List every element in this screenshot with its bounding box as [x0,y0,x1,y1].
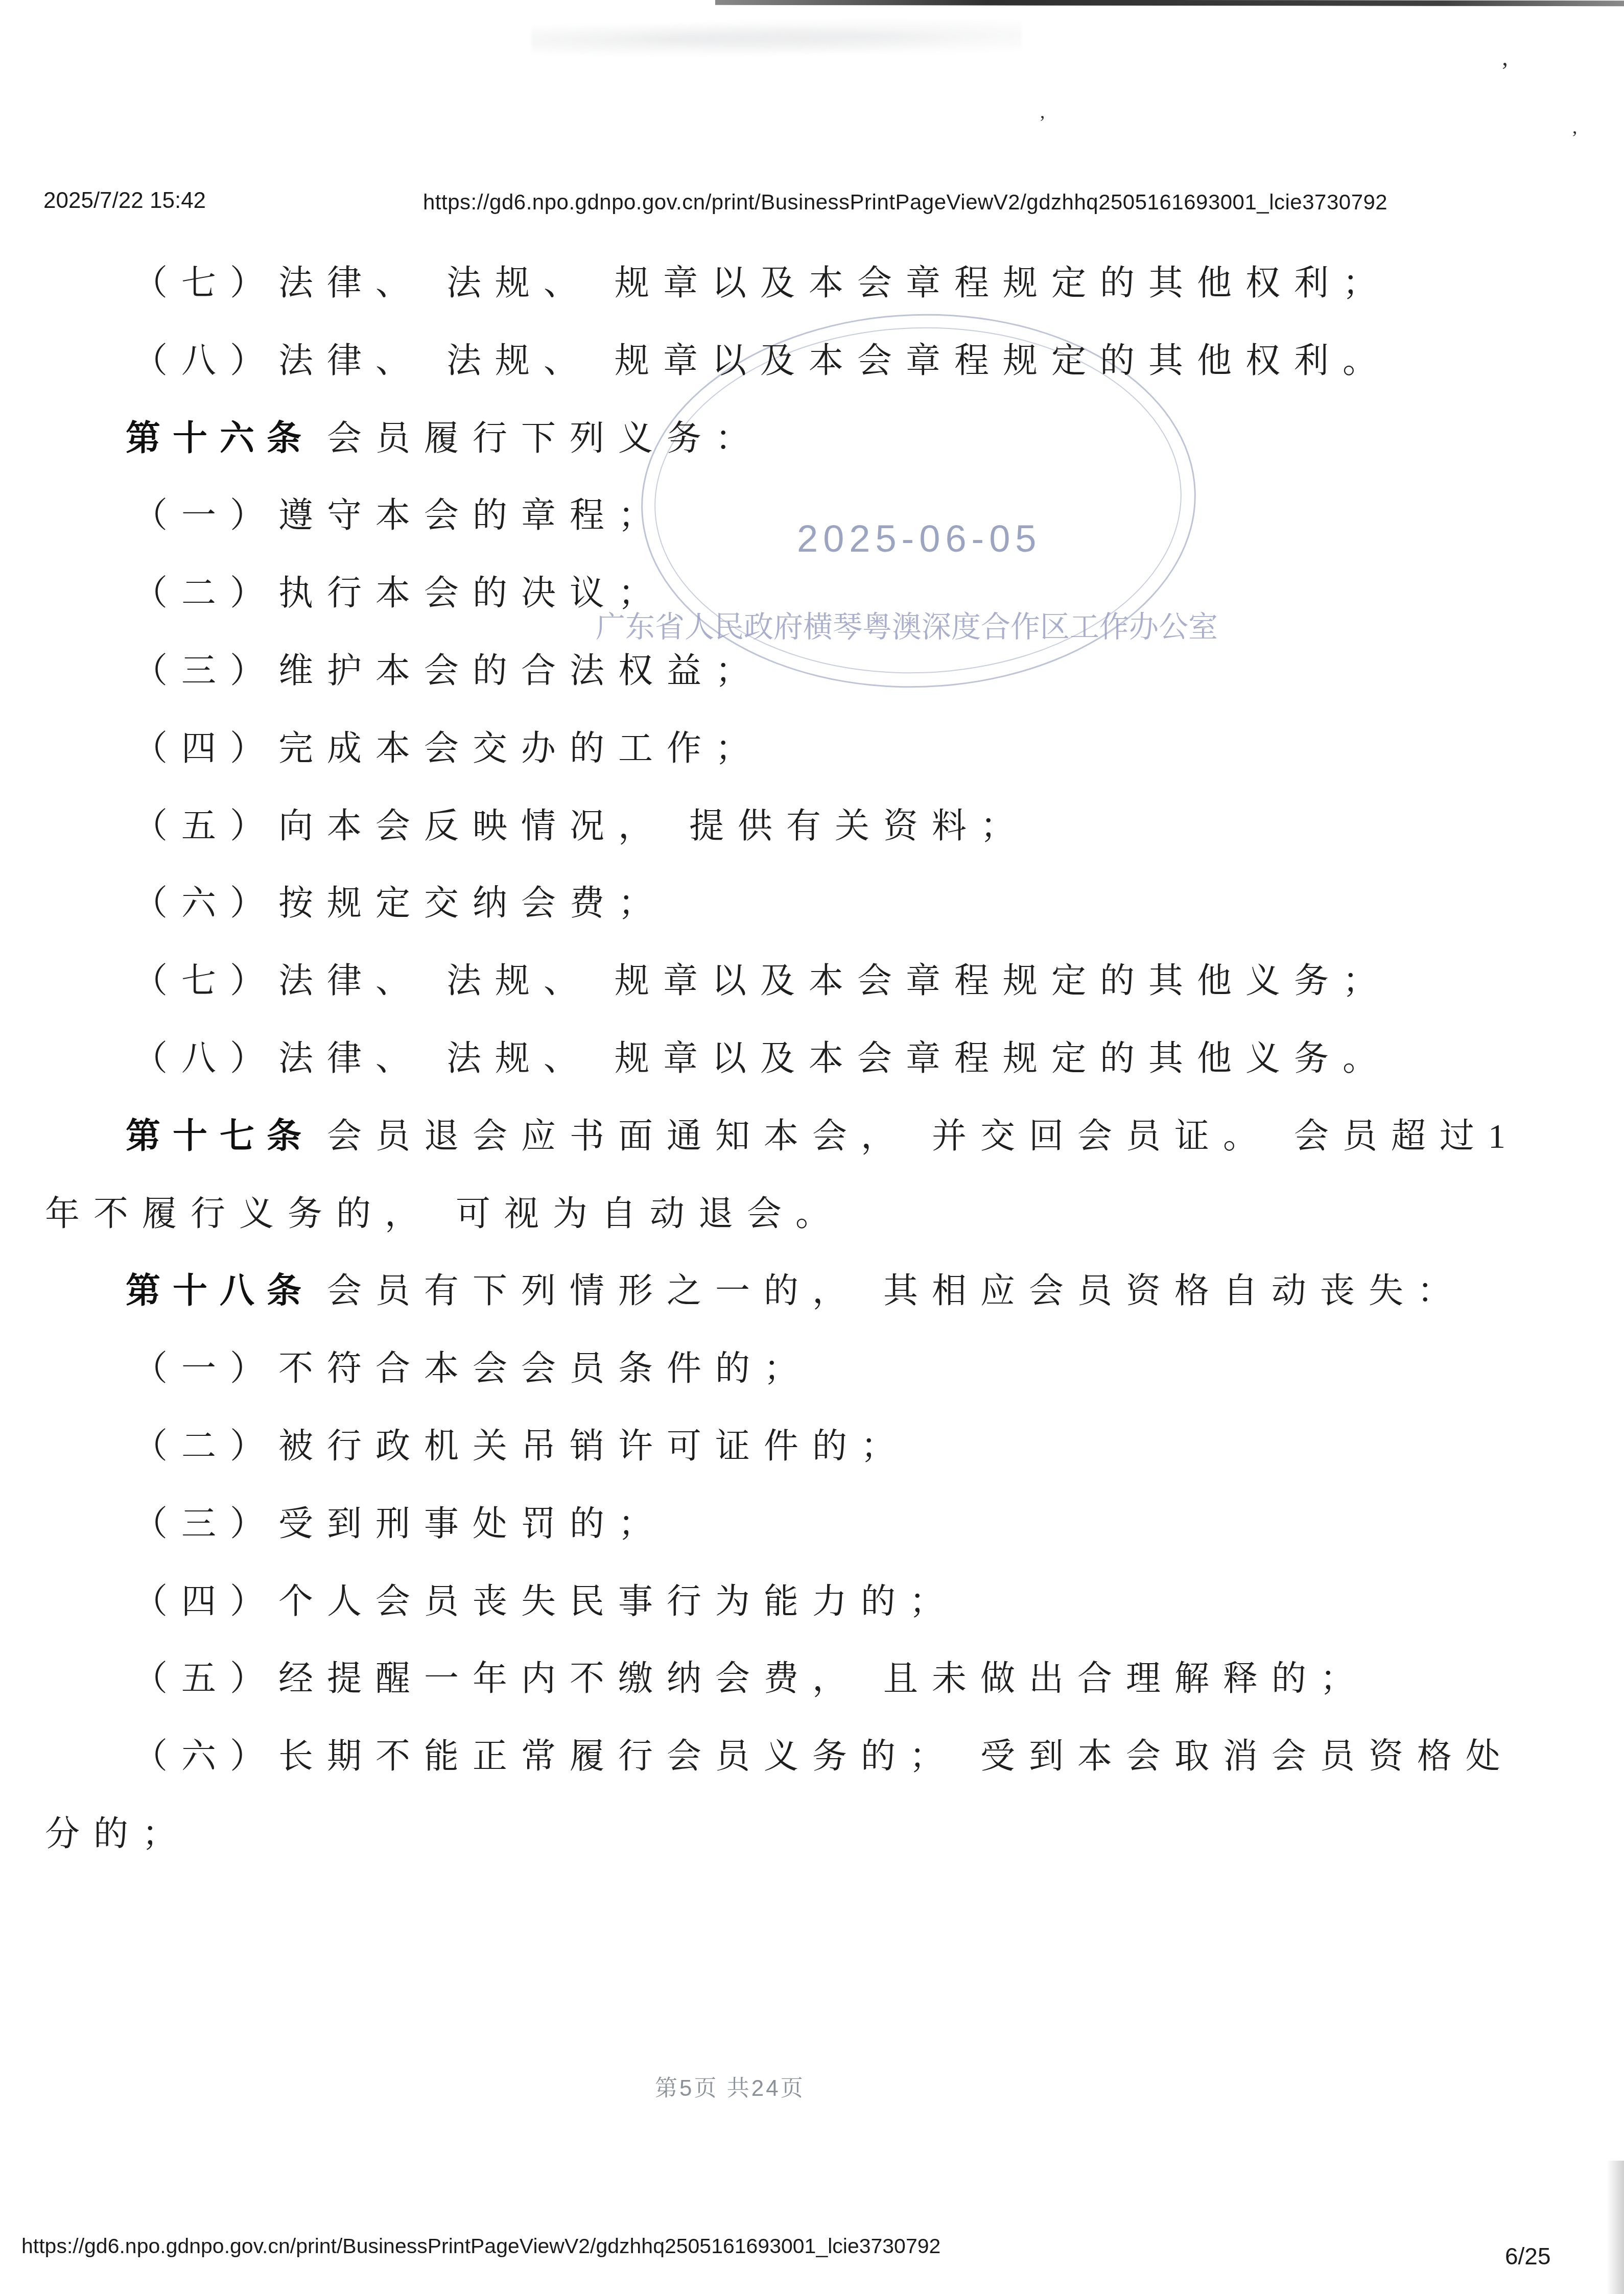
body-text-line: 年不履行义务的， 可视为自动退会。 [45,1186,844,1236]
line-text: （一）不符合本会会员条件的； [133,1349,812,1388]
body-text-line: （四）个人会员丧失民事行为能力的； [133,1574,958,1623]
body-text-line: （三）维护本会的合法权益； [133,643,764,693]
body-text-line: （一）遵守本会的章程； [133,488,667,537]
line-text: （六）长期不能正常履行会员义务的； 受到本会取消会员资格处 [133,1737,1514,1776]
line-text: （二）执行本会的决议； [133,574,667,612]
body-text-line: （二）执行本会的决议； [133,565,667,615]
line-text: （四）个人会员丧失民事行为能力的； [133,1582,958,1621]
body-text-line: （六）按规定交纳会费； [133,876,667,925]
document-body: （七）法律、 法规、 规章以及本会章程规定的其他权利；（八）法律、 法规、 规章… [0,0,1624,2294]
scanned-document-page: ’ ’ ’ 2025/7/22 15:42 https://gd6.npo.gd… [0,0,1624,2294]
article-number: 第十七条 [126,1117,314,1155]
body-text-line: （八）法律、 法规、 规章以及本会章程规定的其他义务。 [133,1031,1391,1080]
line-text: 分的； [45,1814,191,1853]
body-text-line: （八）法律、 法规、 规章以及本会章程规定的其他权利。 [133,333,1391,383]
line-text: （四）完成本会交办的工作； [133,729,764,768]
article-heading-line: 第十七条会员退会应书面通知本会， 并交回会员证。 会员超过1 [126,1108,1519,1158]
body-text-line: （五）向本会反映情况， 提供有关资料； [133,798,1029,848]
line-text: （八）法律、 法规、 规章以及本会章程规定的其他权利。 [133,341,1391,380]
article-heading-line: 第十八条会员有下列情形之一的， 其相应会员资格自动丧失： [126,1263,1466,1313]
line-text: （一）遵守本会的章程； [133,496,667,535]
line-text: （五）向本会反映情况， 提供有关资料； [133,807,1029,845]
line-text: 会员退会应书面通知本会， 并交回会员证。 会员超过1 [327,1117,1519,1155]
line-text: 会员有下列情形之一的， 其相应会员资格自动丧失： [327,1271,1466,1310]
line-text: （七）法律、 法规、 规章以及本会章程规定的其他权利； [133,264,1391,302]
line-text: （六）按规定交纳会费； [133,884,667,923]
line-text: （三）受到刑事处罚的； [133,1504,667,1543]
body-text-line: （六）长期不能正常履行会员义务的； 受到本会取消会员资格处 [133,1729,1514,1778]
line-text: （三）维护本会的合法权益； [133,651,764,690]
line-text: （七）法律、 法规、 规章以及本会章程规定的其他义务； [133,961,1391,1000]
body-text-line: 分的； [45,1806,191,1856]
article-number: 第十八条 [126,1271,314,1310]
body-text-line: （七）法律、 法规、 规章以及本会章程规定的其他权利； [133,255,1391,305]
article-heading-line: 第十六条会员履行下列义务： [126,411,764,460]
body-text-line: （二）被行政机关吊销许可证件的； [133,1418,909,1468]
article-number: 第十六条 [126,419,314,458]
line-text: （五）经提醒一年内不缴纳会费， 且未做出合理解释的； [133,1659,1369,1698]
body-text-line: （四）完成本会交办的工作； [133,721,764,770]
line-text: （二）被行政机关吊销许可证件的； [133,1427,909,1465]
body-text-line: （一）不符合本会会员条件的； [133,1341,812,1390]
line-text: 年不履行义务的， 可视为自动退会。 [45,1194,844,1233]
body-text-line: （七）法律、 法规、 规章以及本会章程规定的其他义务； [133,953,1391,1003]
line-text: （八）法律、 法规、 规章以及本会章程规定的其他义务。 [133,1039,1391,1078]
body-text-line: （三）受到刑事处罚的； [133,1496,667,1546]
body-text-line: （五）经提醒一年内不缴纳会费， 且未做出合理解释的； [133,1651,1369,1700]
line-text: 会员履行下列义务： [327,419,764,458]
